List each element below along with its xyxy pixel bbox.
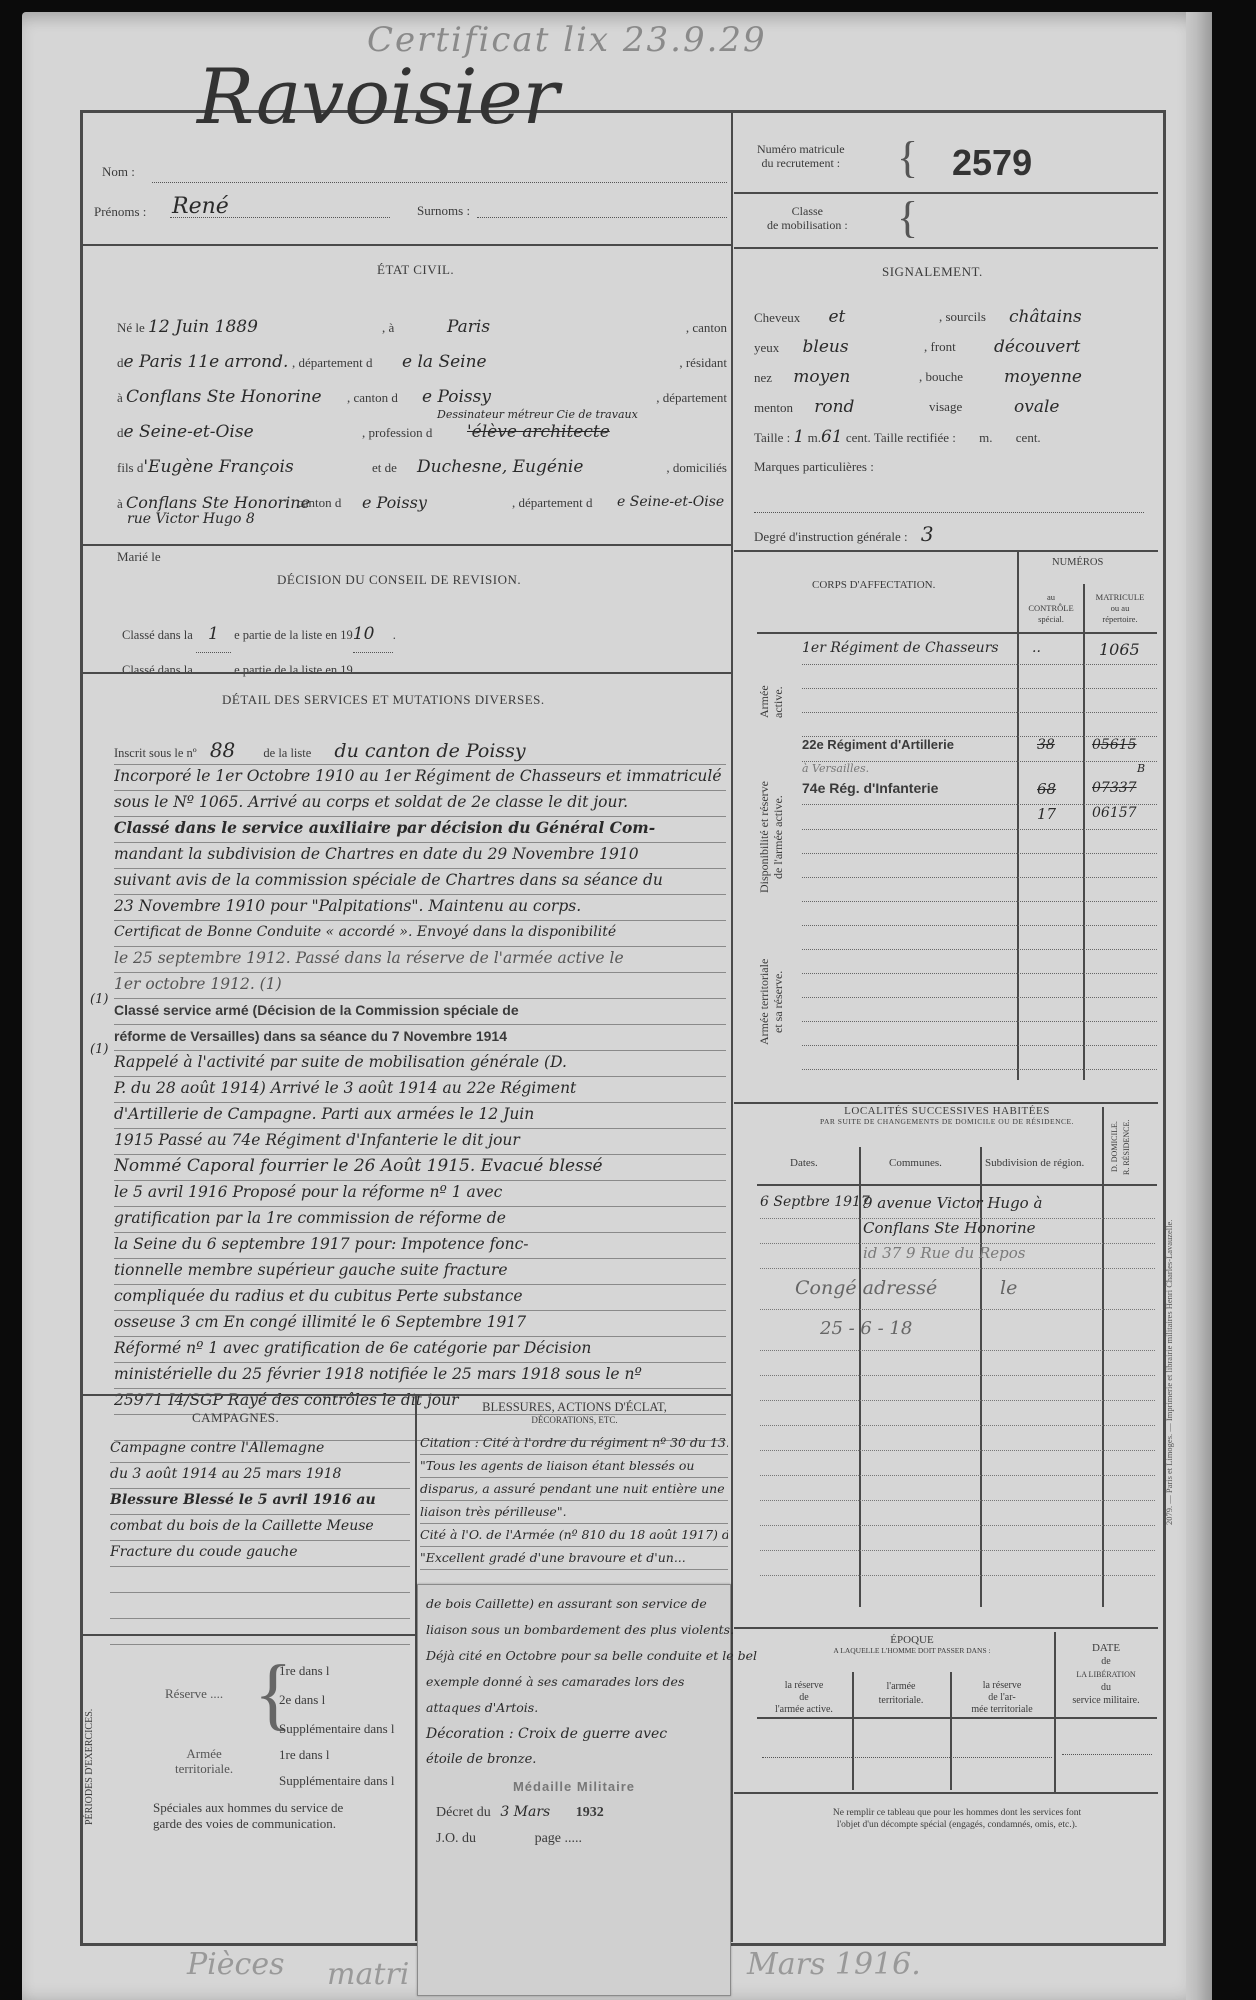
territoriale-item: 1re dans l <box>279 1742 395 1768</box>
residant-label: , résidant <box>679 345 727 380</box>
service-line: Classé dans le service auxiliaire par dé… <box>114 817 726 843</box>
affectation-row <box>802 1022 1157 1046</box>
blessure-line: Décoration : Croix de guerre avec <box>426 1721 722 1747</box>
matricule-cell: 07337 <box>1092 780 1137 796</box>
blessure-line: "Tous les agents de liaison étant blessé… <box>420 1455 728 1478</box>
affectation-row: 74e Rég. d'Infanterie 68 07337 <box>802 780 1157 805</box>
surnoms-label: Surnoms : <box>417 203 470 219</box>
localite-row <box>760 1551 1155 1576</box>
service-line: Certificat de Bonne Conduite « accordé »… <box>114 921 726 947</box>
header-rule <box>757 1717 1157 1719</box>
group-label: Armée <box>757 657 771 747</box>
nez-label: nez <box>754 370 772 385</box>
localite-row <box>760 1426 1155 1451</box>
classe-label-2: de mobilisation : <box>767 218 848 232</box>
bouche-label: , bouche <box>919 362 963 392</box>
departement-value: e la Seine <box>402 345 487 380</box>
sourcils-label: , sourcils <box>939 302 986 332</box>
services-title: DÉTAIL DES SERVICES ET MUTATIONS DIVERSE… <box>222 692 545 708</box>
classe-label-1: Classe <box>767 204 848 218</box>
matricule-h3: répertoire. <box>1087 614 1153 625</box>
mere-value: Duchesne, Eugénie <box>417 450 583 485</box>
blessure-line: de bois Caillette) en assurant son servi… <box>426 1591 722 1617</box>
brace: { <box>897 132 918 183</box>
corps-cell: 22e Régiment d'Artillerie <box>802 737 954 752</box>
inscrit-label: Inscrit sous le nº <box>114 746 197 760</box>
controle-h2: CONTRÔLE <box>1022 603 1080 614</box>
conseil-line1-mid: e partie de la liste en 19 <box>234 628 353 642</box>
marques-row: Marques particulières : <box>754 452 1144 482</box>
blessures-block: Citation : Cité à l'ordre du régiment nº… <box>420 1432 728 1570</box>
col-subdivision: Subdivision de région. <box>985 1157 1084 1169</box>
dom-value: Conflans Ste Honorine <box>126 493 310 512</box>
service-line: le 25 septembre 1912. Passé dans la rése… <box>114 947 726 973</box>
localite-row <box>760 1526 1155 1551</box>
service-line: P. du 28 août 1914) Arrivé le 3 août 191… <box>114 1077 726 1103</box>
matricule-cell: 06157 <box>1092 805 1137 821</box>
epoque-note: Ne remplir ce tableau que pour les homme… <box>762 1807 1152 1831</box>
epoque-col-text: mée territoriale <box>952 1704 1052 1716</box>
dom-dept-label: , département d <box>512 485 593 520</box>
service-line: le 5 avril 1916 Proposé pour la réforme … <box>114 1181 726 1207</box>
campagne-line: combat du bois de la Caillette Meuse <box>110 1515 410 1541</box>
matricule-h2: ou au <box>1087 603 1153 614</box>
menton-label: menton <box>754 400 793 415</box>
dom-canton-label: canton d <box>297 485 341 520</box>
blessure-line: attaques d'Artois. <box>426 1695 722 1721</box>
taille-rect-cent: cent. <box>1016 430 1041 445</box>
affectation-row <box>802 878 1157 902</box>
canton-row: de Paris 11e arrond. , département de la… <box>117 345 727 380</box>
nom-label: Nom : <box>102 164 135 180</box>
divider <box>734 247 1158 249</box>
divider <box>734 1627 1158 1629</box>
slip-lines: de bois Caillette) en assurant son servi… <box>418 1585 730 1853</box>
localites-rows: 6 Septbre 1917 9 avenue Victor Hugo à Co… <box>760 1194 1155 1576</box>
service-line: 23 Novembre 1910 pour "Palpitations". Ma… <box>114 895 726 921</box>
nez-value: moyen <box>793 367 850 387</box>
periodes-side-label: PÉRIODES D'EXERCICES. <box>84 1672 96 1862</box>
margin-note: Mars 1916. <box>747 1947 921 1982</box>
cheveux-row: Cheveux et , sourcilschâtains <box>754 302 1144 332</box>
menton-row: menton rond visageovale <box>754 392 1144 422</box>
ne-le-label: Né le <box>117 320 145 335</box>
affectation-rows: 1er Régiment de Chasseurs .. 1065 22e Ré… <box>802 640 1157 1070</box>
mere-label: et de <box>372 450 397 485</box>
territoriale-label: Armée territoriale. <box>175 1746 233 1776</box>
affectation-row <box>802 1046 1157 1070</box>
divider <box>82 544 732 546</box>
margin-mark: (1) <box>90 1042 108 1057</box>
domicilies-label: , domiciliés <box>666 450 727 485</box>
liste-value: du canton de Poissy <box>334 740 525 762</box>
corps-cell: 1er Régiment de Chasseurs <box>802 640 999 656</box>
canton-value: e Paris 11e arrond. <box>124 352 289 372</box>
affectation-row <box>802 713 1157 737</box>
dom-prefix: à <box>117 496 123 511</box>
epoque-col-text: territoriale. <box>854 1694 948 1708</box>
affectation-row <box>802 998 1157 1022</box>
speciales: Spéciales aux hommes du service de garde… <box>147 1800 417 1832</box>
group-label: et sa réserve. <box>771 932 785 1072</box>
divider <box>734 192 1158 194</box>
epoque-note-1: Ne remplir ce tableau que pour les homme… <box>762 1807 1152 1819</box>
service-line: d'Artillerie de Campagne. Parti aux armé… <box>114 1103 726 1129</box>
localite-commune: 9 avenue Victor Hugo à <box>863 1194 1042 1212</box>
divider <box>734 1792 1158 1794</box>
group-label: Armée territoriale <box>757 932 771 1072</box>
service-line: osseuse 3 cm En congé illimité le 6 Sept… <box>114 1311 726 1337</box>
localite-row: 6 Septbre 1917 9 avenue Victor Hugo à <box>760 1194 1155 1219</box>
matricule-cell: 1065 <box>1099 640 1140 659</box>
decret-year: 1932 <box>576 1805 604 1820</box>
controle-cell: 68 <box>1037 780 1056 798</box>
epoque-col-3: la réserve de l'ar- mée territoriale <box>952 1680 1052 1716</box>
reserve-label: Réserve .... <box>165 1686 223 1702</box>
taille-cent: 61 <box>821 427 843 447</box>
epoque-col-text: de l'ar- <box>952 1692 1052 1704</box>
affectation-row <box>802 854 1157 878</box>
printer-imprint: 2079. — Paris et Limoges. — Imprimerie e… <box>1164 1092 1174 1652</box>
blessure-line: liaison sous un bombardement des plus vi… <box>426 1617 722 1643</box>
campagne-line: du 3 août 1914 au 25 mars 1918 <box>110 1463 410 1489</box>
margin-mark: (1) <box>90 992 108 1007</box>
visage-label: visage <box>929 392 962 422</box>
cheveux-value: et <box>828 307 845 327</box>
conseil-title: DÉCISION DU CONSEIL DE REVISION. <box>277 572 521 588</box>
header-rule <box>757 632 1157 634</box>
controle-header: au CONTRÔLE spécial. <box>1022 592 1080 625</box>
medaille-title: Médaille Militaire <box>426 1779 722 1794</box>
jo-page: page <box>535 1831 561 1846</box>
campagne-line: Fracture du coude gauche <box>110 1541 410 1567</box>
etat-civil-block: Né le 12 Juin 1889 , à Paris , canton de… <box>117 310 727 569</box>
affectation-row <box>802 902 1157 926</box>
localite-subdivision: le <box>1000 1277 1017 1299</box>
epoque-header: ÉPOQUE A LAQUELLE L'HOMME DOIT PASSER DA… <box>767 1634 1057 1655</box>
blessure-line: disparus, a assuré pendant une nuit enti… <box>420 1478 728 1501</box>
taille-cent-label: cent. <box>846 430 871 445</box>
col-r: R. RÉSIDENCE. <box>1121 1112 1133 1182</box>
liberation-col: DATE de LA LIBÉRATION du service militai… <box>1056 1642 1156 1707</box>
service-line: 1915 Passé au 74e Régiment d'Infanterie … <box>114 1129 726 1155</box>
classe-label: Classe de mobilisation : <box>767 204 848 232</box>
localite-row: Congé adressé le <box>760 1269 1155 1310</box>
signalement-title: SIGNALEMENT. <box>882 264 983 280</box>
center-divider <box>731 112 733 1942</box>
matricule-header: MATRICULE ou au répertoire. <box>1087 592 1153 625</box>
territoriale-item: Supplémentaire dans l <box>279 1768 395 1794</box>
affectation-row <box>802 830 1157 854</box>
nez-row: nez moyen , bouchemoyenne <box>754 362 1144 392</box>
parents-row: fils d'Eugène François et deDuchesne, Eu… <box>117 450 727 485</box>
taille-label: Taille : <box>754 430 790 445</box>
canton2-label: , canton d <box>347 380 398 415</box>
epoque-col-text: la réserve <box>757 1680 851 1692</box>
departement2-label: , département <box>656 380 727 415</box>
service-line: mandant la subdivision de Chartres en da… <box>114 843 726 869</box>
service-line: suivant avis de la commission spéciale d… <box>114 869 726 895</box>
controle-h3: spécial. <box>1022 614 1080 625</box>
col-dates: Dates. <box>790 1157 818 1169</box>
epoque-col-2: l'armée territoriale. <box>854 1680 948 1708</box>
marques-label: Marques particulières : <box>754 459 874 474</box>
campagne-line-empty <box>110 1619 410 1645</box>
service-line: gratification par la 1re commission de r… <box>114 1207 726 1233</box>
dom-canton-value: e Poissy <box>362 485 427 520</box>
decret-row: Décret du 3 Mars 1932 <box>426 1804 722 1821</box>
conseil-line2-prefix: Classé dans la <box>122 663 193 677</box>
yeux-value: bleus <box>803 337 849 357</box>
jo-row: J.O. du page ..... <box>426 1831 722 1847</box>
epoque-col-text: l'armée active. <box>757 1704 851 1716</box>
liste-label: de la liste <box>263 746 311 760</box>
reserve-item: Supplémentaire dans l <box>279 1714 395 1743</box>
group-label: de l'armée active. <box>771 747 785 927</box>
liberation-line <box>1062 1754 1152 1755</box>
localite-date: 6 Septbre 1917 <box>760 1194 870 1210</box>
conseil-line-1: Classé dans la 1 e partie de la liste en… <box>122 617 396 653</box>
group-label: active. <box>771 657 785 747</box>
blessure-line: liaison très périlleuse". <box>420 1501 728 1524</box>
service-line: réforme de Versailles) dans sa séance du… <box>114 1025 726 1051</box>
etat-civil-title: ÉTAT CIVIL. <box>377 262 454 278</box>
margin-note: matri <box>327 1957 409 1992</box>
blessure-line: exemple donné à ses camarades lors des <box>426 1669 722 1695</box>
territoriale-label-2: territoriale. <box>175 1761 233 1776</box>
corps-cell: à Versailles. <box>802 762 869 775</box>
taille-m: 1 <box>794 427 805 447</box>
campagnes-block: Campagne contre l'Allemagne du 3 août 19… <box>110 1437 410 1645</box>
a-label: , à <box>382 310 394 345</box>
taille-rect-m: m. <box>979 430 992 445</box>
profession-value-new: Dessinateur métreur Cie de travaux <box>437 397 638 432</box>
affectation-row: 22e Régiment d'Artillerie 38 05615 <box>802 737 1157 762</box>
service-line: tionnelle membre supérieur gauche suite … <box>114 1259 726 1285</box>
matricule-label: Numéro matricule du recrutement : <box>757 142 845 170</box>
header-rule <box>757 1184 1157 1186</box>
liberation-text: de <box>1056 1655 1156 1668</box>
taille-m-label: m. <box>808 430 821 445</box>
yeux-row: yeux bleus , frontdécouvert <box>754 332 1144 362</box>
localite-row <box>760 1401 1155 1426</box>
reserve-item: 2e dans l <box>279 1685 395 1714</box>
localites-title: LOCALITÉS SUCCESSIVES HABITÉES <box>782 1105 1112 1117</box>
reserve-item: 1re dans l <box>279 1656 395 1685</box>
front-value: découvert <box>994 332 1080 362</box>
localite-commune: id 37 9 Rue du Repos <box>863 1244 1025 1262</box>
prenoms-line <box>170 217 390 218</box>
blessure-line: "Excellent gradé d'une bravoure et d'un.… <box>420 1547 728 1570</box>
bouche-value: moyenne <box>1004 362 1082 392</box>
service-line: 1er octobre 1912. (1) <box>114 973 726 999</box>
group-disponibilite: Disponibilité et réserve de l'armée acti… <box>757 747 785 927</box>
col-dr: D. DOMICILE. R. RÉSIDENCE. <box>1109 1112 1133 1182</box>
reserve-items: 1re dans l 2e dans l Supplémentaire dans… <box>279 1656 395 1743</box>
territoriale-label-1: Armée <box>175 1746 233 1761</box>
affectation-row <box>802 689 1157 713</box>
dom-dept-value: e Seine-et-Oise <box>617 485 724 520</box>
group-territoriale: Armée territoriale et sa réserve. <box>757 932 785 1072</box>
divider <box>82 244 732 246</box>
residant-prefix: à <box>117 390 123 405</box>
liberation-text: LA LIBÉRATION <box>1056 1668 1156 1681</box>
taille-row: Taille : 1 m.61 cent. Taille rectifiée :… <box>754 422 1144 452</box>
menton-value: rond <box>814 397 854 417</box>
a-value: Paris <box>447 310 490 345</box>
matricule-cell: B <box>1137 762 1145 775</box>
service-line: Rappelé à l'activité par suite de mobili… <box>114 1051 726 1077</box>
controle-cell: .. <box>1032 640 1041 656</box>
blessures-title: BLESSURES, ACTIONS D'ÉCLAT, <box>422 1400 727 1415</box>
affectation-row <box>802 926 1157 950</box>
front-label: , front <box>924 332 956 362</box>
fils-label: fils d <box>117 460 143 475</box>
profession-row: de Seine-et-Oise , profession d 'élève a… <box>117 415 727 450</box>
localite-row <box>760 1351 1155 1376</box>
service-line: Réformé nº 1 avec gratification de 6e ca… <box>114 1337 726 1363</box>
taille-rect-label: Taille rectifiée : <box>874 430 956 445</box>
conseil-block: Classé dans la 1 e partie de la liste en… <box>122 617 396 688</box>
localites-subtitle: PAR SUITE DE CHANGEMENTS DE DOMICILE OU … <box>782 1117 1112 1126</box>
epoque-note-2: l'objet d'un décompte spécial (engagés, … <box>762 1819 1152 1831</box>
prenoms-value: René <box>172 194 229 219</box>
col-d: D. DOMICILE. <box>1109 1112 1121 1182</box>
col-communes: Communes. <box>889 1157 942 1169</box>
corps-header: CORPS D'AFFECTATION. <box>812 579 935 591</box>
surnoms-line <box>477 217 727 218</box>
service-line: Nommé Caporal fourrier le 26 Août 1915. … <box>114 1155 726 1181</box>
speciales-1: Spéciales aux hommes du service de <box>153 1800 417 1816</box>
blessures-header: BLESSURES, ACTIONS D'ÉCLAT, DÉCORATIONS,… <box>422 1400 727 1425</box>
territoriale-group: Armée territoriale. 1re dans l Supplémen… <box>147 1742 417 1800</box>
cheveux-label: Cheveux <box>754 310 800 325</box>
decret-value: 3 Mars <box>500 1804 550 1820</box>
affectation-row <box>802 974 1157 998</box>
margin-note: Pièces <box>187 1947 285 1982</box>
campagne-line: Campagne contre l'Allemagne <box>110 1437 410 1463</box>
marques-line <box>754 482 1144 513</box>
prenoms-label: Prénoms : <box>94 204 146 220</box>
divider <box>734 1102 1158 1104</box>
localite-commune: Congé adressé <box>795 1277 937 1299</box>
campagne-line-empty <box>110 1593 410 1619</box>
signalement-block: Cheveux et , sourcilschâtains yeux bleus… <box>754 302 1144 549</box>
register-page: Certificat lix 23.9.29 Ravoisier Nom : P… <box>22 12 1212 2000</box>
localite-commune: Conflans Ste Honorine <box>863 1219 1036 1237</box>
campagnes-title: CAMPAGNES. <box>192 1410 279 1426</box>
jo-label: J.O. du <box>436 1831 476 1846</box>
divider <box>82 1634 417 1636</box>
matricule-label-1: Numéro matricule <box>757 142 845 156</box>
conseil-line1-partie: 1 <box>196 617 231 653</box>
corps-cell: 74e Rég. d'Infanterie <box>802 780 938 796</box>
canton-label: , canton <box>686 310 727 345</box>
periodes-block: Réserve .... { 1re dans l 2e dans l Supp… <box>147 1654 417 1832</box>
liberation-text: du <box>1056 1681 1156 1694</box>
affectation-row <box>802 665 1157 689</box>
conseil-line1-year: 10 <box>353 617 393 653</box>
dept2-value: e Seine-et-Oise <box>124 422 254 442</box>
visage-value: ovale <box>1014 392 1059 422</box>
sourcils-value: châtains <box>1009 302 1082 332</box>
reserve-group: Réserve .... { 1re dans l 2e dans l Supp… <box>147 1654 417 1742</box>
domicile-row: à Conflans Ste Honorine canton de Poissy… <box>117 485 727 509</box>
matricule-number: 2579 <box>952 142 1032 184</box>
residant-value: Conflans Ste Honorine <box>126 387 322 407</box>
degre-row: Degré d'instruction générale : 3 <box>754 519 1144 549</box>
blessure-line: Citation : Cité à l'ordre du régiment nº… <box>420 1432 728 1455</box>
divider <box>734 550 1158 552</box>
matricule-label-2: du recrutement : <box>757 156 845 170</box>
localite-row <box>760 1476 1155 1501</box>
service-line: Classé service armé (Décision de la Comm… <box>114 999 726 1025</box>
services-block: Inscrit sous le nº 88 de la liste du can… <box>114 739 726 1441</box>
profession-label: , profession d <box>362 415 432 450</box>
campagne-line-empty <box>110 1567 410 1593</box>
localite-row: Conflans Ste Honorine <box>760 1219 1155 1244</box>
affectation-row: 17 06157 <box>802 805 1157 830</box>
decret-label: Décret du <box>436 1805 491 1820</box>
degre-value: 3 <box>921 522 934 546</box>
epoque-line <box>762 1757 1052 1758</box>
localite-row: 25 - 6 - 18 <box>760 1310 1155 1351</box>
departement-label: , département d <box>292 345 373 380</box>
localite-row <box>760 1451 1155 1476</box>
pere-value: 'Eugène François <box>143 457 293 477</box>
localite-row <box>760 1501 1155 1526</box>
divider <box>82 672 732 674</box>
service-line: compliquée du radius et du cubitus Perte… <box>114 1285 726 1311</box>
matricule-h1: MATRICULE <box>1087 592 1153 603</box>
inscrit-value: 88 <box>210 739 235 762</box>
liberation-text: service militaire. <box>1056 1694 1156 1707</box>
degre-label: Degré d'instruction générale : <box>754 529 908 544</box>
affectation-row: à Versailles. B <box>802 762 1157 780</box>
speciales-2: garde des voies de communication. <box>153 1816 417 1832</box>
affectation-row: 1er Régiment de Chasseurs .. 1065 <box>802 640 1157 665</box>
blessures-subtitle: DÉCORATIONS, ETC. <box>422 1415 727 1425</box>
localite-row: id 37 9 Rue du Repos <box>760 1244 1155 1269</box>
nom-value: Ravoisier <box>197 52 559 141</box>
localite-commune: 25 - 6 - 18 <box>820 1318 912 1339</box>
liberation-text: DATE <box>1056 1642 1156 1655</box>
pasted-slip: de bois Caillette) en assurant son servi… <box>417 1584 731 1996</box>
group-armee-active: Armée active. <box>757 657 785 747</box>
epoque-col-text: l'armée <box>854 1680 948 1694</box>
epoque-subtitle: A LAQUELLE L'HOMME DOIT PASSER DANS : <box>767 1646 1057 1655</box>
service-line: Incorporé le 1er Octobre 1910 au 1er Rég… <box>114 765 726 791</box>
divider <box>82 1394 732 1396</box>
numeros-header: NUMÉROS <box>1052 557 1103 568</box>
service-line: ministérielle du 25 février 1918 notifié… <box>114 1363 726 1389</box>
epoque-title: ÉPOQUE <box>767 1634 1057 1646</box>
controle-h1: au <box>1022 592 1080 603</box>
marie-label: Marié le <box>117 549 161 564</box>
service-line: la Seine du 6 septembre 1917 pour: Impot… <box>114 1233 726 1259</box>
epoque-col-text: la réserve <box>952 1680 1052 1692</box>
conseil-line2-mid: e partie de la liste en 19 <box>234 663 353 677</box>
conseil-line1-prefix: Classé dans la <box>122 628 193 642</box>
nom-line <box>152 182 727 183</box>
controle-cell: 17 <box>1037 805 1056 823</box>
service-line: sous le Nº 1065. Arrivé au corps et sold… <box>114 791 726 817</box>
yeux-label: yeux <box>754 340 779 355</box>
blessure-line: Cité à l'O. de l'Armée (nº 810 du 18 aoû… <box>420 1524 728 1547</box>
birth-row: Né le 12 Juin 1889 , à Paris , canton <box>117 310 727 345</box>
epoque-col-text: de <box>757 1692 851 1704</box>
controle-cell: 38 <box>1037 737 1055 753</box>
